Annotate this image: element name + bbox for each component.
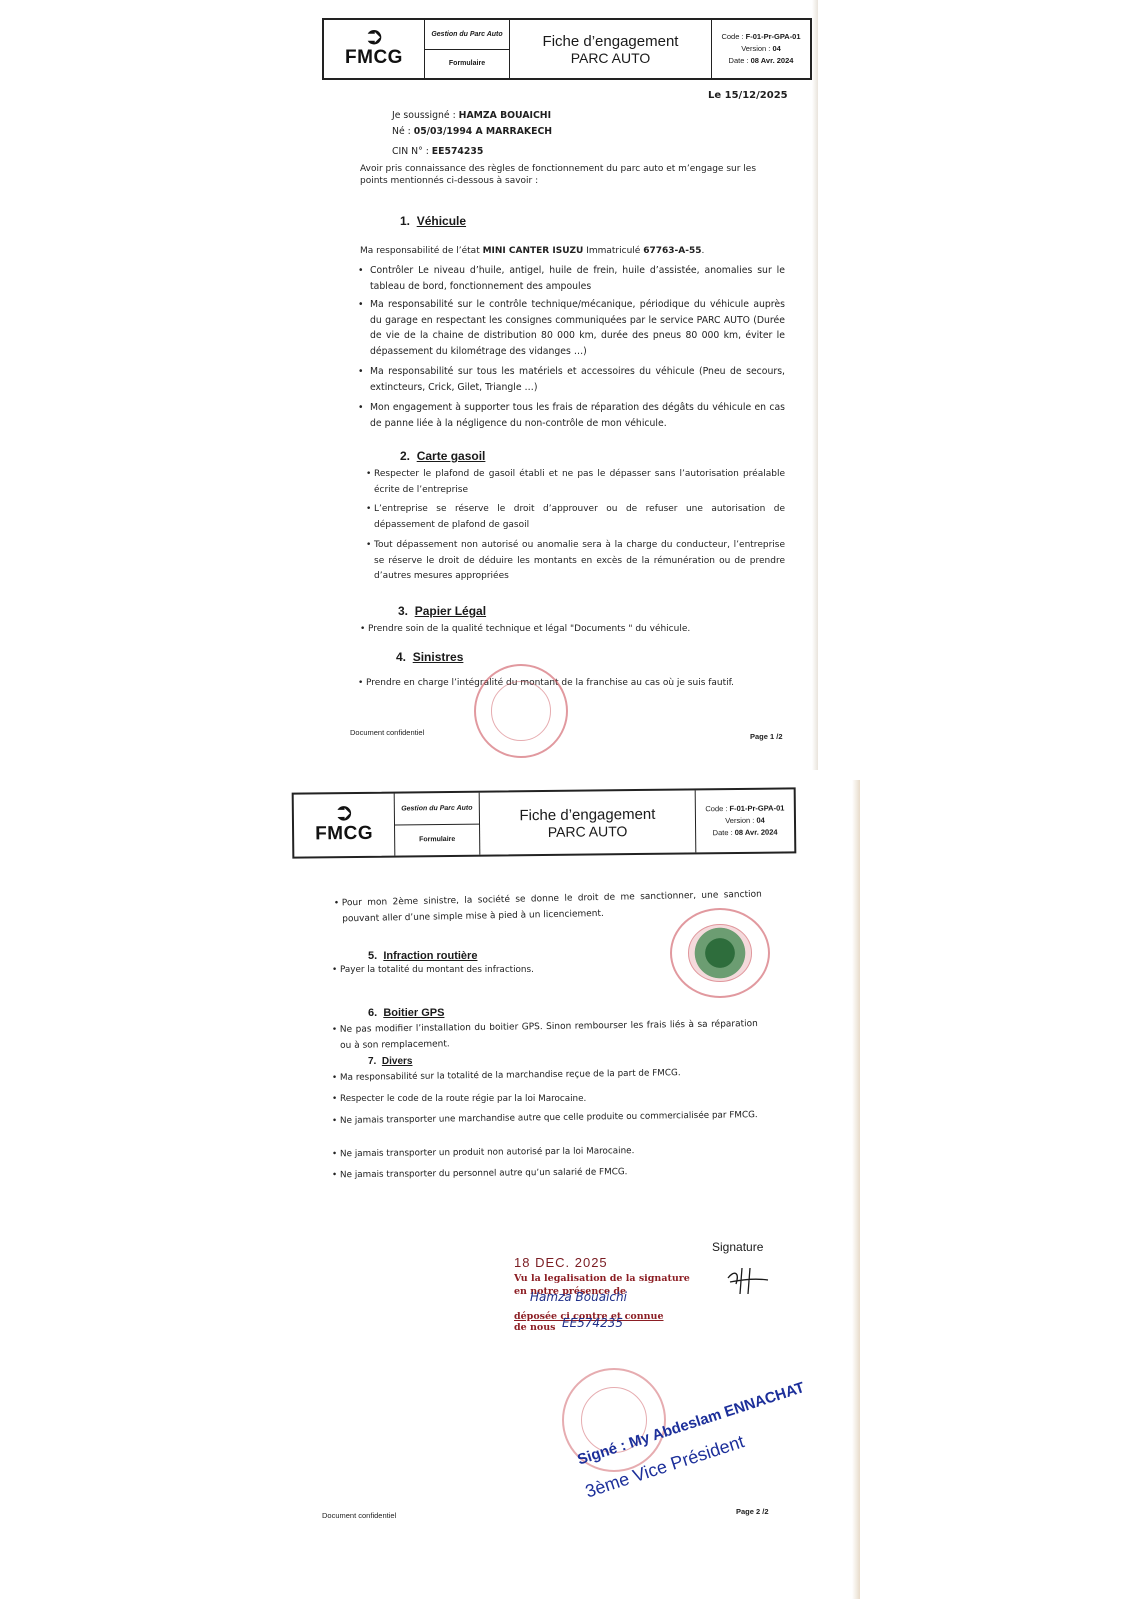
brand-name: FMCG	[315, 823, 373, 846]
document-page-1: ➲ FMCG Gestion du Parc Auto Formulaire F…	[318, 0, 818, 770]
list-item: •Ne jamais transporter un produit non au…	[340, 1143, 760, 1163]
doc-code: Code : F-01-Pr-GPA-01	[721, 31, 800, 43]
legalisation-line: Vu la legalisation de la signature	[514, 1272, 690, 1285]
header-title-cell: Fiche d’engagement PARC AUTO	[480, 790, 697, 854]
list-item: •Contrôler Le niveau d’huile, antigel, h…	[370, 263, 785, 294]
fiscal-stamp	[670, 908, 770, 998]
document-header: ➲ FMCG Gestion du Parc Auto Formulaire F…	[292, 787, 797, 858]
signature-mark	[720, 1264, 770, 1298]
doc-date: Date : 08 Avr. 2024	[729, 55, 794, 67]
list-item: •Ma responsabilité sur le contrôle techn…	[370, 297, 785, 359]
header-meta-cell: Code : F-01-Pr-GPA-01 Version : 04 Date …	[696, 789, 795, 852]
list-item: •Respecter le code de la route régie par…	[340, 1092, 760, 1108]
document-subtitle: PARC AUTO	[548, 823, 628, 840]
doc-code: Code : F-01-Pr-GPA-01	[705, 802, 784, 815]
handwritten-cin: EE574235	[562, 1316, 623, 1330]
page-number: Page 2 /2	[736, 1507, 769, 1516]
list-item: •Payer la totalité du montant des infrac…	[340, 963, 720, 979]
fmcg-logo: ➲ FMCG	[324, 20, 425, 78]
list-item: •Ne pas modifier l’installation du boiti…	[340, 1017, 758, 1054]
section-1-heading: 1. Véhicule	[400, 214, 466, 228]
doc-version: Version : 04	[741, 43, 781, 55]
header-department-cell: Gestion du Parc Auto Formulaire	[425, 20, 510, 78]
list-item: •Ma responsabilité sur la totalité de la…	[340, 1065, 760, 1086]
undersigned-line: Je soussigné : HAMZA BOUAICHI	[392, 108, 551, 123]
section-5-heading: 5. Infraction routière	[368, 950, 477, 962]
list-item: •L’entreprise se réserve le droit d’appr…	[374, 502, 785, 533]
arrow-logo-icon: ➲	[334, 801, 354, 823]
list-item: •Mon engagement à supporter tous les fra…	[370, 400, 785, 431]
document-subtitle: PARC AUTO	[571, 50, 651, 66]
doc-type-label: Formulaire	[425, 50, 509, 79]
vehicle-responsibility-line: Ma responsabilité de l’état MINI CANTER …	[360, 244, 704, 259]
list-item: •Respecter le plafond de gasoil établi e…	[374, 467, 785, 498]
header-meta-cell: Code : F-01-Pr-GPA-01 Version : 04 Date …	[712, 20, 810, 78]
page-number: Page 1 /2	[750, 732, 783, 741]
signature-label: Signature	[712, 1240, 763, 1254]
department-label: Gestion du Parc Auto	[395, 793, 479, 825]
intro-paragraph: Avoir pris connaissance des règles de fo…	[360, 163, 786, 187]
section-4-heading: 4. Sinistres	[396, 650, 463, 664]
logo-tagline	[374, 69, 375, 73]
section-2-heading: 2. Carte gasoil	[400, 449, 485, 463]
department-label: Gestion du Parc Auto	[425, 20, 509, 50]
document-title: Fiche d’engagement	[543, 33, 679, 50]
document-page-2: ➲ FMCG Gestion du Parc Auto Formulaire F…	[290, 780, 860, 1599]
section-3-heading: 3. Papier Légal	[398, 604, 486, 618]
list-item: •Prendre en charge l’intégralité du mont…	[366, 676, 796, 692]
list-item: •Ma responsabilité sur tous les matériel…	[370, 364, 785, 395]
logo-tagline	[344, 845, 345, 849]
header-department-cell: Gestion du Parc Auto Formulaire	[395, 793, 481, 856]
document-date: Le 15/12/2025	[708, 88, 788, 103]
list-item: •Prendre soin de la qualité technique et…	[368, 622, 788, 638]
section-7-heading: 7. Divers	[368, 1056, 412, 1067]
list-item: •Ne jamais transporter une marchandise a…	[340, 1109, 765, 1128]
brand-name: FMCG	[345, 47, 403, 69]
birth-line: Né : 05/03/1994 A MARRAKECH	[392, 124, 552, 139]
list-item: •Tout dépassement non autorisé ou anomal…	[374, 538, 785, 585]
commune-stamp	[474, 664, 568, 758]
handwritten-name: Hamza Bouaichi	[530, 1290, 627, 1304]
cin-line: CIN N° : EE574235	[392, 144, 483, 159]
document-title: Fiche d’engagement	[519, 805, 655, 823]
page-edge-shadow	[812, 0, 818, 770]
doc-type-label: Formulaire	[395, 824, 479, 855]
header-title-cell: Fiche d’engagement PARC AUTO	[510, 20, 712, 78]
list-item: •Ne jamais transporter du personnel autr…	[340, 1164, 760, 1184]
footer-confidential: Document confidentiel	[322, 1511, 396, 1520]
doc-version: Version : 04	[725, 815, 765, 827]
legalisation-line: de nous	[514, 1321, 556, 1334]
section-6-heading: 6. Boitier GPS	[368, 1007, 444, 1019]
arrow-logo-icon: ➲	[364, 25, 384, 47]
fmcg-logo: ➲ FMCG	[294, 794, 396, 857]
legalisation-date-stamp: 18 DEC. 2025	[514, 1256, 608, 1269]
page-edge-shadow	[852, 780, 860, 1599]
doc-date: Date : 08 Avr. 2024	[713, 827, 778, 840]
document-header: ➲ FMCG Gestion du Parc Auto Formulaire F…	[322, 18, 812, 80]
footer-confidential: Document confidentiel	[350, 728, 424, 737]
